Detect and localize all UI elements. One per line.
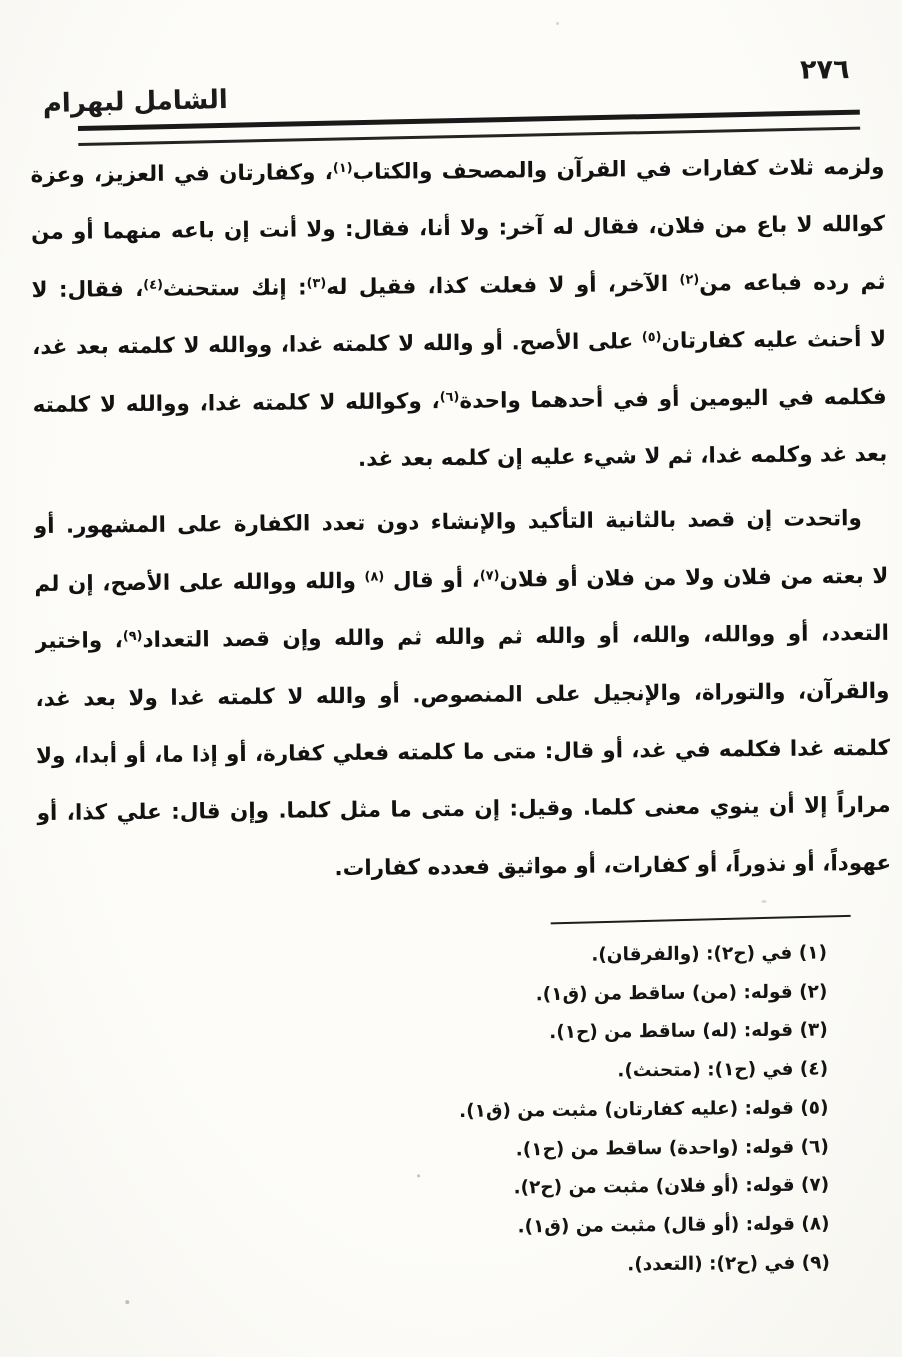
paragraph: واتحدت إن قصد بالثانية التأكيد والإنشاء … [34, 490, 892, 900]
scanned-content: ٢٧٦ الشامل لبهرام ولزمه ثلاث كفارات في ا… [0, 0, 902, 1357]
page-number: ٢٧٦ [800, 54, 850, 85]
paragraph: ولزمه ثلاث كفارات في القرآن والمصحف والك… [30, 139, 887, 492]
book-title: الشامل لبهرام [43, 85, 229, 119]
footnote-item: (٩) في (ح٢): (التعدد). [230, 1244, 830, 1288]
footnote-item: (٨) قوله: (أو قال) مثبت من (ق١). [229, 1205, 829, 1249]
body-line: ولزمه ثلاث كفارات في القرآن والمصحف والك… [30, 139, 885, 205]
body-line: لا بعته من فلان ولا من فلان أو فلان(٧)، … [34, 548, 889, 614]
footnote-item: (٣) قوله: (له) ساقط من (ح١). [228, 1012, 828, 1056]
footnote-item: (٧) قوله: (أو فلان) مثبت من (ح٢). [229, 1167, 829, 1211]
footnote-item: (١) في (ح٢): (والفرقان). [227, 934, 827, 978]
body-line: والقرآن، والتوراة، والإنجيل على المنصوص.… [35, 662, 890, 728]
body-line: كلمته غدا فكلمه في غد، أو قال: متى ما كل… [36, 720, 891, 786]
footnotes: (١) في (ح٢): (والفرقان).(٢) قوله: (من) س… [227, 934, 830, 1288]
footnote-separator [551, 915, 851, 925]
body-line: لا أحنث عليه كفارتان(٥) على الأصح. أو وا… [32, 311, 887, 377]
body-line: مراراً إلا أن ينوي معنى كلما. وقيل: إن م… [36, 777, 891, 843]
footnote-item: (٢) قوله: (من) ساقط من (ق١). [227, 973, 827, 1017]
scan-speck [417, 1174, 420, 1177]
book-page: ٢٧٦ الشامل لبهرام ولزمه ثلاث كفارات في ا… [0, 0, 902, 1357]
body-line: التعدد، أو ووالله، والله، أو والله ثم وا… [35, 605, 890, 671]
body-line: فكلمه في اليومين أو في أحدهما واحدة(٦)، … [32, 368, 887, 434]
footnote-item: (٤) في (ح١): (متحنث). [228, 1051, 828, 1095]
footnote-item: (٥) قوله: (عليه كفارتان) مثبت من (ق١). [228, 1089, 828, 1133]
body-line: ثم رده فباعه من(٢) الآخر، أو لا فعلت كذا… [31, 254, 886, 320]
scan-speck [125, 1300, 129, 1304]
body-line: عهوداً، أو نذوراً، أو كفارات، أو مواثيق … [37, 834, 892, 900]
body-line: بعد غد وكلمه غدا، ثم لا شيء عليه إن كلمه… [33, 426, 888, 492]
body-line: كوالله لا باع من فلان، فقال له آخر: ولا … [31, 196, 886, 262]
body-line: واتحدت إن قصد بالثانية التأكيد والإنشاء … [34, 490, 889, 556]
body-text: ولزمه ثلاث كفارات في القرآن والمصحف والك… [30, 139, 891, 900]
footnote-item: (٦) قوله: (واحدة) ساقط من (ح١). [229, 1128, 829, 1172]
scan-speck [556, 22, 559, 25]
scan-speck [761, 900, 766, 903]
